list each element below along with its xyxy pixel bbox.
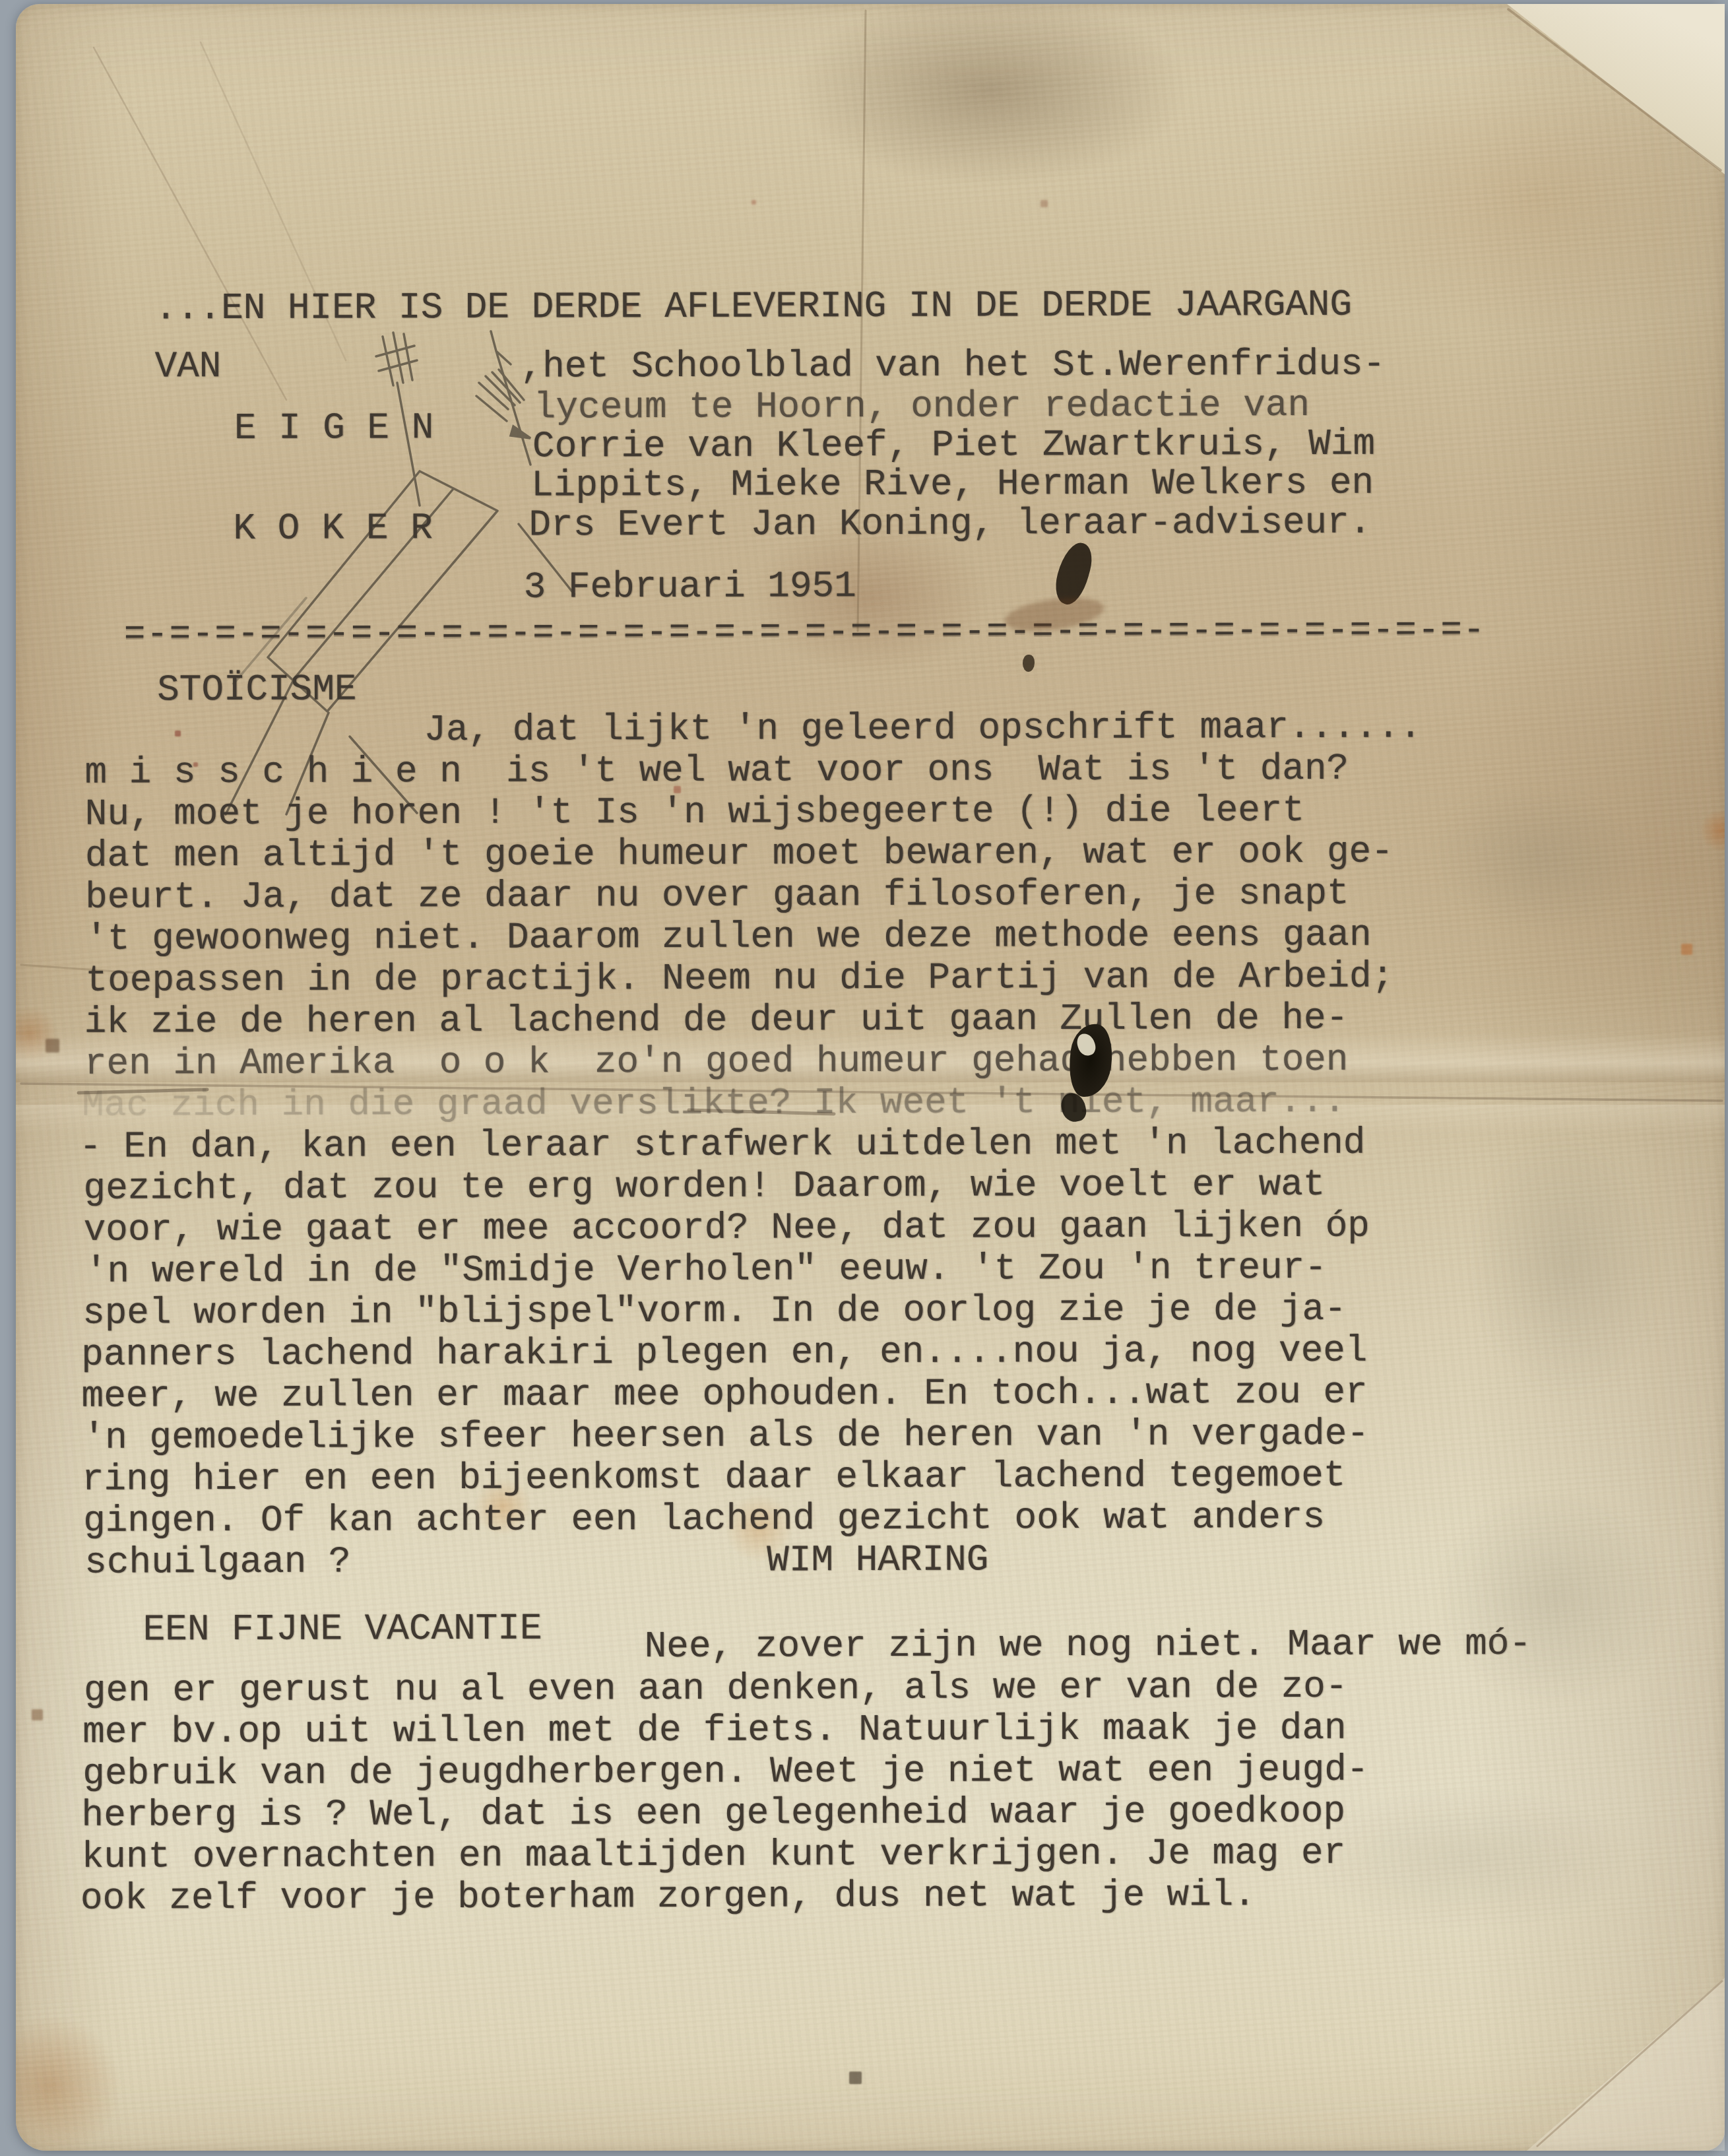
text-line: panners lachend harakiri plegen en, en..…: [81, 1332, 1367, 1373]
text-line: m i s s c h i e n is 't wel wat voor ons…: [84, 750, 1349, 791]
article-title-vacantie: EEN FIJNE VACANTIE: [143, 1610, 542, 1649]
subtitle-line: Lippits, Mieke Rive, Herman Welkers en: [531, 465, 1374, 504]
stain-speckles: [16, 4, 16, 5]
logo-word-eigen: E I G E N: [234, 409, 434, 447]
document-scan: ...EN HIER IS DE DERDE AFLEVERING IN DE …: [0, 0, 1728, 2156]
subtitle-line: Corrie van Kleef, Piet Zwartkruis, Wim: [532, 426, 1375, 465]
text-line: gezicht, dat zou te erg worden! Daarom, …: [83, 1166, 1325, 1207]
text-line: gingen. Of kan achter een lachend gezich…: [83, 1499, 1325, 1540]
text-line: voor, wie gaat er mee accoord? Nee, dat …: [84, 1208, 1370, 1249]
header-van-word: VAN: [155, 348, 222, 385]
subtitle-line: lyceum te Hoorn, onder redactie van: [534, 387, 1310, 426]
subtitle-line: ,het Schoolblad van het St.Werenfridus-: [521, 346, 1386, 385]
text-line: ren in Amerika o o k zo'n goed humeur ge…: [84, 1041, 1349, 1082]
issue-date: 3 Februari 1951: [524, 568, 856, 606]
text-line: ook zelf voor je boterham zorgen, dus ne…: [80, 1876, 1256, 1917]
text-line: mer bv.op uit willen met de fiets. Natuu…: [82, 1710, 1347, 1751]
text-line: toepassen in de practijk. Neem nu die Pa…: [85, 958, 1393, 999]
text-line: 'n gemoedelijke sfeer heersen als de her…: [83, 1416, 1369, 1456]
logo-word-koker: K O K E R: [233, 509, 433, 547]
header-intro-line: ...EN HIER IS DE DERDE AFLEVERING IN DE …: [154, 286, 1352, 327]
text-line: herberg is ? Wel, dat is een gelegenheid…: [81, 1793, 1345, 1834]
text-line: ik zie de heren al lachend de deur uit g…: [84, 1000, 1349, 1041]
typed-text-layer: ...EN HIER IS DE DERDE AFLEVERING IN DE …: [13, 1, 1728, 2153]
text-line: Ja, dat lijkt 'n geleerd opschrift maar.…: [424, 708, 1421, 748]
text-line: spel worden in "blijspel"vorm. In de oor…: [82, 1291, 1347, 1332]
text-line: ring hier en een bijeenkomst daar elkaar…: [82, 1457, 1346, 1498]
text-line: 'n wereld in de "Smidje Verholen" eeuw. …: [85, 1249, 1327, 1290]
text-line: Nee, zover zijn we nog niet. Maar we mó-: [645, 1625, 1531, 1665]
subtitle-line: Drs Evert Jan Koning, leraar-adviseur.: [528, 504, 1371, 544]
article-title-stoicisme: STOÏCISME: [157, 670, 357, 708]
text-line: kunt overnachten en maaltijden kunt verk…: [82, 1835, 1346, 1876]
text-line: meer, we zullen er maar mee ophouden. En…: [81, 1374, 1367, 1415]
text-line-faded: Mac zich in die graad verslikte? Ik weet…: [82, 1083, 1346, 1124]
typed-divider-rule: =-=-=-=-=-=-=-=-=-=-=-=-=-=-=-=-=-=-=-=-…: [124, 613, 1486, 653]
text-line: Nu, moet je horen ! 't Is 'n wijsbegeert…: [85, 792, 1304, 833]
text-line: 't gewoonweg niet. Daarom zullen we deze…: [85, 917, 1371, 958]
text-line: beurt. Ja, dat ze daar nu over gaan filo…: [85, 875, 1349, 916]
article-byline: WIM HARING: [767, 1541, 988, 1579]
text-line: gebruik van de jeugdherbergen. Weet je n…: [82, 1751, 1368, 1792]
text-line: dat men altijd 't goeie humeur moet bewa…: [85, 833, 1393, 874]
text-line: gen er gerust nu al even aan denken, als…: [84, 1668, 1348, 1709]
text-line: - En dan, kan een leraar strafwerk uitde…: [79, 1125, 1365, 1165]
text-line: schuilgaan ?: [84, 1543, 350, 1581]
paper-page: ...EN HIER IS DE DERDE AFLEVERING IN DE …: [16, 4, 1725, 2151]
